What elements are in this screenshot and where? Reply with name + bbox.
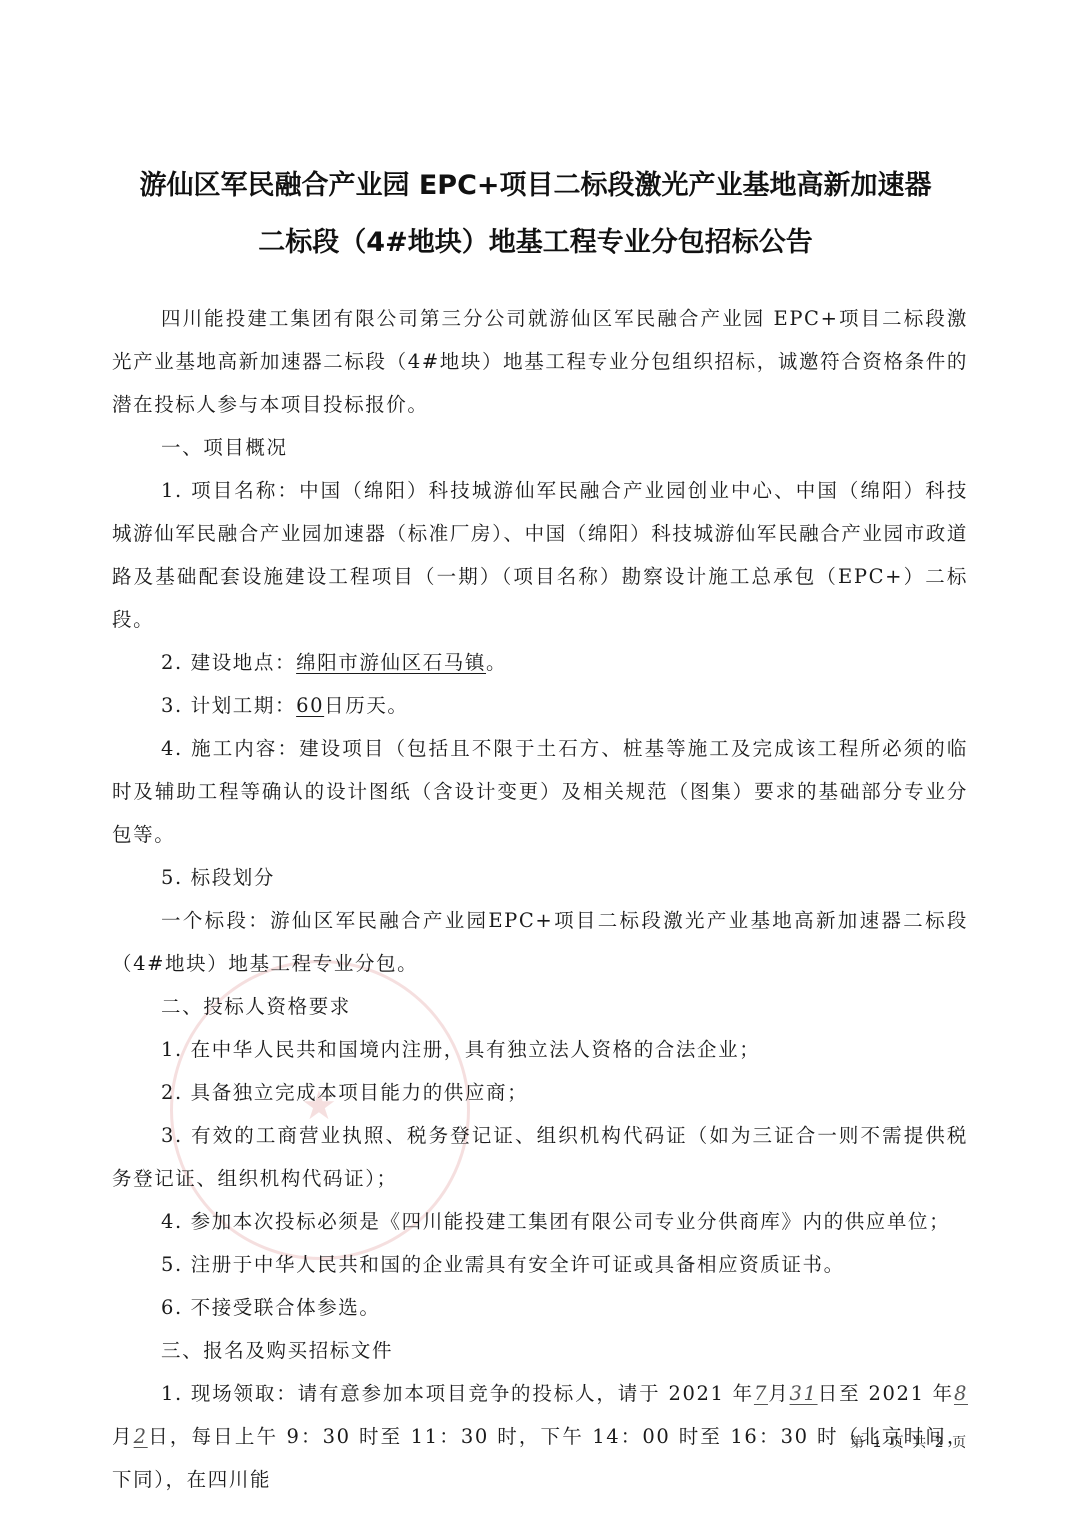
registration-text-a: 1. 现场领取：请有意参加本项目竞争的投标人，请于 2021 年 [161, 1382, 754, 1405]
location-end: 。 [486, 651, 507, 674]
project-name-item: 1. 项目名称：中国（绵阳）科技城游仙军民融合产业园创业中心、中国（绵阳）科技城… [112, 469, 968, 641]
duration-label: 3. 计划工期： [161, 694, 296, 717]
lot-division-heading: 5. 标段划分 [112, 856, 968, 899]
title-line-2: 二标段（4#地块）地基工程专业分包招标公告 [0, 220, 1071, 259]
section-2-heading: 二、投标人资格要求 [112, 985, 968, 1028]
document-page: ★ 游仙区军民融合产业园 EPC+项目二标段激光产业基地高新加速器 二标段（4#… [0, 0, 1071, 1514]
section-3-heading: 三、报名及购买招标文件 [112, 1329, 968, 1372]
registration-text-b: 日至 2021 年 [818, 1382, 954, 1405]
location-value: 绵阳市游仙区石马镇 [296, 651, 486, 674]
duration-unit: 日历天。 [324, 694, 408, 717]
title-line-1: 游仙区军民融合产业园 EPC+项目二标段激光产业基地高新加速器 [0, 163, 1071, 202]
registration-text-c: 日，每日上午 9：30 时至 11：30 时，下午 14：00 时至 16：30… [112, 1425, 968, 1491]
month-label: 月 [768, 1382, 790, 1405]
duration-value: 60 [296, 694, 324, 717]
qualification-item: 2. 具备独立完成本项目能力的供应商； [112, 1071, 968, 1114]
qualification-item: 3. 有效的工商营业执照、税务登记证、组织机构代码证（如为三证合一则不需提供税务… [112, 1114, 968, 1200]
lot-division-text: 一个标段：游仙区军民融合产业园EPC+项目二标段激光产业基地高新加速器二标段（4… [112, 899, 968, 985]
start-month-handwritten: 7 [754, 1382, 768, 1405]
end-day-handwritten: 2 [134, 1425, 148, 1448]
section-1-heading: 一、项目概况 [112, 426, 968, 469]
intro-paragraph: 四川能投建工集团有限公司第三分公司就游仙区军民融合产业园 EPC+项目二标段激光… [112, 297, 968, 426]
location-label: 2. 建设地点： [161, 651, 296, 674]
start-day-handwritten: 31 [790, 1382, 818, 1405]
qualification-item: 1. 在中华人民共和国境内注册，具有独立法人资格的合法企业； [112, 1028, 968, 1071]
document-body: 四川能投建工集团有限公司第三分公司就游仙区军民融合产业园 EPC+项目二标段激光… [112, 297, 968, 1501]
end-month-handwritten: 8 [954, 1382, 968, 1405]
scope-item: 4. 施工内容：建设项目（包括且不限于土石方、桩基等施工及完成该工程所必须的临时… [112, 727, 968, 856]
registration-item: 1. 现场领取：请有意参加本项目竞争的投标人，请于 2021 年7月31日至 2… [112, 1372, 968, 1501]
location-item: 2. 建设地点：绵阳市游仙区石马镇。 [112, 641, 968, 684]
qualification-item: 5. 注册于中华人民共和国的企业需具有安全许可证或具备相应资质证书。 [112, 1243, 968, 1286]
duration-item: 3. 计划工期：60日历天。 [112, 684, 968, 727]
qualification-item: 4. 参加本次投标必须是《四川能投建工集团有限公司专业分供商库》内的供应单位； [112, 1200, 968, 1243]
qualification-item: 6. 不接受联合体参选。 [112, 1286, 968, 1329]
page-indicator: 第 1 页 共 2 页 [850, 1432, 966, 1452]
month-label: 月 [112, 1425, 134, 1448]
